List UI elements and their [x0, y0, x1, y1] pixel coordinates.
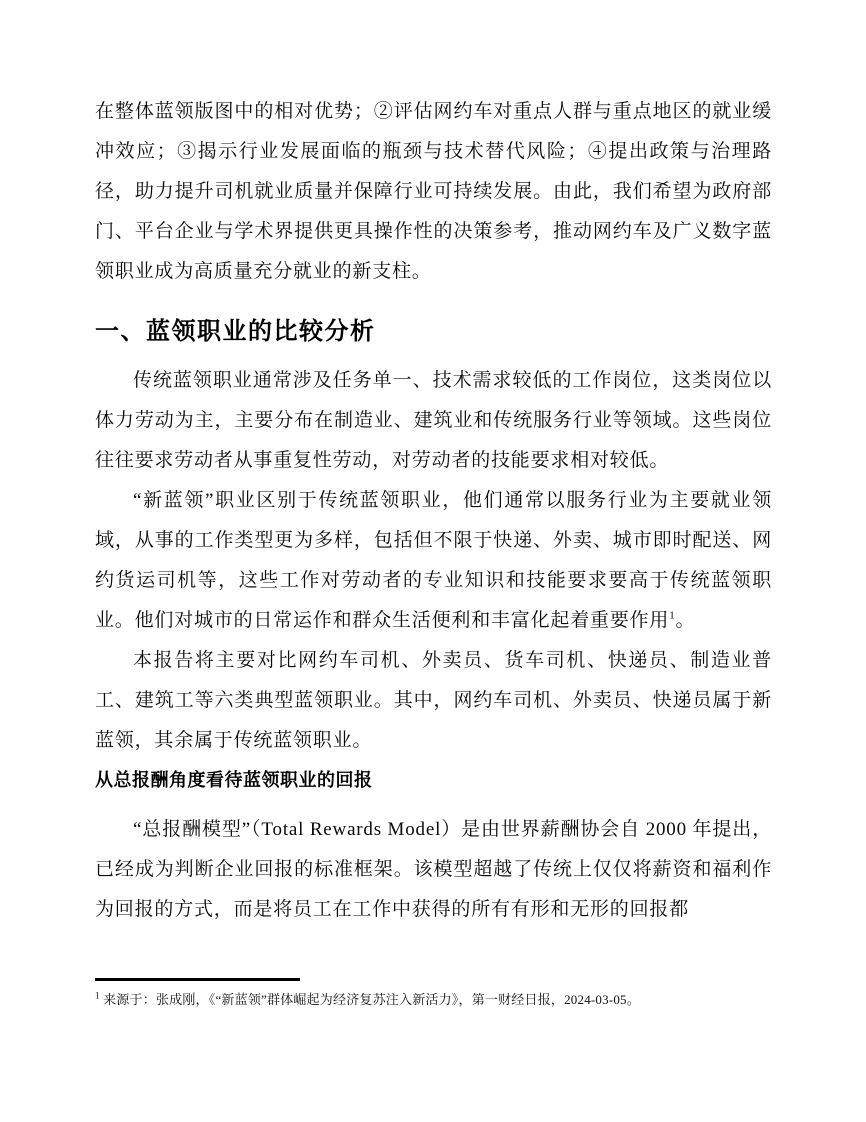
document-page: 在整体蓝领版图中的相对优势；②评估网约车对重点人群与重点地区的就业缓冲效应；③揭…	[0, 0, 866, 1122]
intro-paragraph: 在整体蓝领版图中的相对优势；②评估网约车对重点人群与重点地区的就业缓冲效应；③揭…	[95, 92, 772, 292]
paragraph-new-blue-collar: “新蓝领”职业区别于传统蓝领职业，他们通常以服务行业为主要就业领域，从事的工作类…	[95, 481, 772, 641]
section-heading: 一、蓝领职业的比较分析	[95, 315, 772, 347]
paragraph-total-rewards: “总报酬模型”（Total Rewards Model）是由世界薪酬协会自 20…	[95, 810, 772, 930]
page-content: 在整体蓝领版图中的相对优势；②评估网约车对重点人群与重点地区的就业缓冲效应；③揭…	[95, 92, 772, 930]
footnote-text: 来源于：张成刚，《“新蓝领”群体崛起为经济复苏注入新活力》，第一财经日报，202…	[103, 992, 640, 1007]
paragraph-report-scope: 本报告将主要对比网约车司机、外卖员、货车司机、快递员、制造业普工、建筑工等六类典…	[95, 641, 772, 761]
footnote-area: 1 来源于：张成刚，《“新蓝领”群体崛起为经济复苏注入新活力》，第一财经日报，2…	[95, 978, 772, 1009]
paragraph-new-blue-collar-suffix: 。	[676, 610, 696, 631]
paragraph-traditional-blue-collar: 传统蓝领职业通常涉及任务单一、技术需求较低的工作岗位，这类岗位以体力劳动为主，主…	[95, 361, 772, 481]
footnote-marker: 1	[95, 991, 100, 1001]
footnote: 1 来源于：张成刚，《“新蓝领”群体崛起为经济复苏注入新活力》，第一财经日报，2…	[95, 990, 772, 1009]
footnote-divider	[95, 978, 300, 981]
subsection-heading: 从总报酬角度看待蓝领职业的回报	[95, 769, 772, 793]
